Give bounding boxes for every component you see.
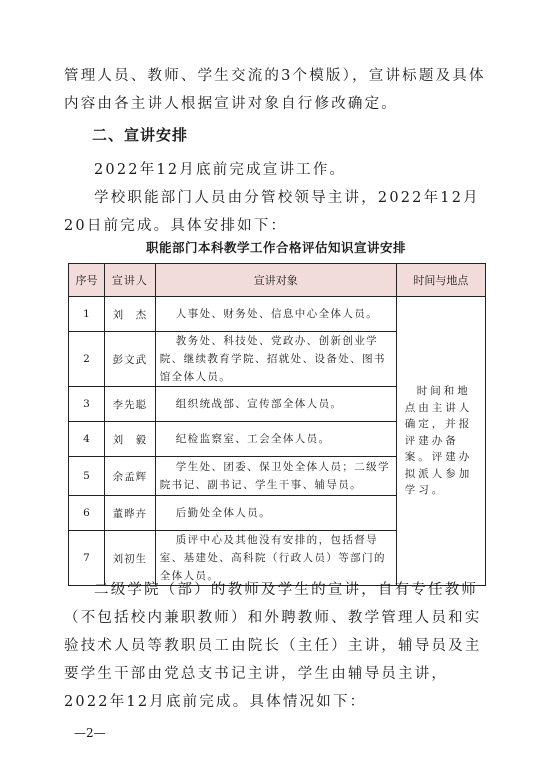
cell-audience: 后勤处全体人员。 (155, 496, 396, 531)
cell-speaker: 彭文武 (105, 332, 156, 387)
table-title: 职能部门本科教学工作合格评估知识宣讲安排 (0, 238, 552, 256)
table-header-row: 序号 宣讲人 宣讲对象 时间与地点 (69, 264, 486, 297)
cell-audience: 人事处、财务处、信息中心全体人员。 (155, 297, 396, 332)
cell-speaker: 刘 杰 (105, 297, 156, 332)
cell-speaker: 李先聪 (105, 387, 156, 422)
header-speaker: 宣讲人 (105, 264, 156, 297)
cell-number: 1 (69, 297, 105, 332)
paragraph-deadline: 2022年12月底前完成宣讲工作。 (64, 156, 490, 184)
section-heading-arrangement: 二、宣讲安排 (92, 124, 188, 145)
paragraph-department-schedule: 学校职能部门人员由分管校领导主讲，2022年12月20日前完成。具体安排如下： (64, 184, 490, 240)
cell-time-place: 时间和地点由主讲人确定，并报评建办备案。评建办拟派人参加学习。 (396, 297, 485, 586)
cell-number: 5 (69, 457, 105, 496)
cell-number: 3 (69, 387, 105, 422)
table-row: 1 刘 杰 人事处、财务处、信息中心全体人员。 时间和地点由主讲人确定，并报评建… (69, 297, 486, 332)
header-audience: 宣讲对象 (155, 264, 396, 297)
cell-audience: 学生处、团委、保卫处全体人员；二级学院书记、副书记、学生干事、辅导员。 (155, 457, 396, 496)
cell-speaker: 余孟辉 (105, 457, 156, 496)
header-number: 序号 (69, 264, 105, 297)
cell-number: 6 (69, 496, 105, 531)
cell-audience: 教务处、科技处、党政办、创新创业学院、继续教育学院、招就处、设备处、图书馆全体人… (155, 332, 396, 387)
cell-audience: 组织统战部、宣传部全体人员。 (155, 387, 396, 422)
cell-speaker: 刘 毅 (105, 422, 156, 457)
cell-speaker: 董晔卉 (105, 496, 156, 531)
page-number: —2— (74, 726, 106, 740)
paragraph-template-note: 管理人员、教师、学生交流的3个模版），宣讲标题及具体内容由各主讲人根据宣讲对象自… (64, 62, 490, 118)
cell-audience: 纪检监察室、工会全体人员。 (155, 422, 396, 457)
header-time-place: 时间与地点 (396, 264, 485, 297)
paragraph-college-schedule: 二级学院（部）的教师及学生的宣讲，自有专任教师（不包括校内兼职教师）和外聘教师、… (64, 576, 490, 716)
schedule-table: 序号 宣讲人 宣讲对象 时间与地点 1 刘 杰 人事处、财务处、信息中心全体人员… (68, 263, 486, 586)
cell-number: 2 (69, 332, 105, 387)
cell-number: 4 (69, 422, 105, 457)
